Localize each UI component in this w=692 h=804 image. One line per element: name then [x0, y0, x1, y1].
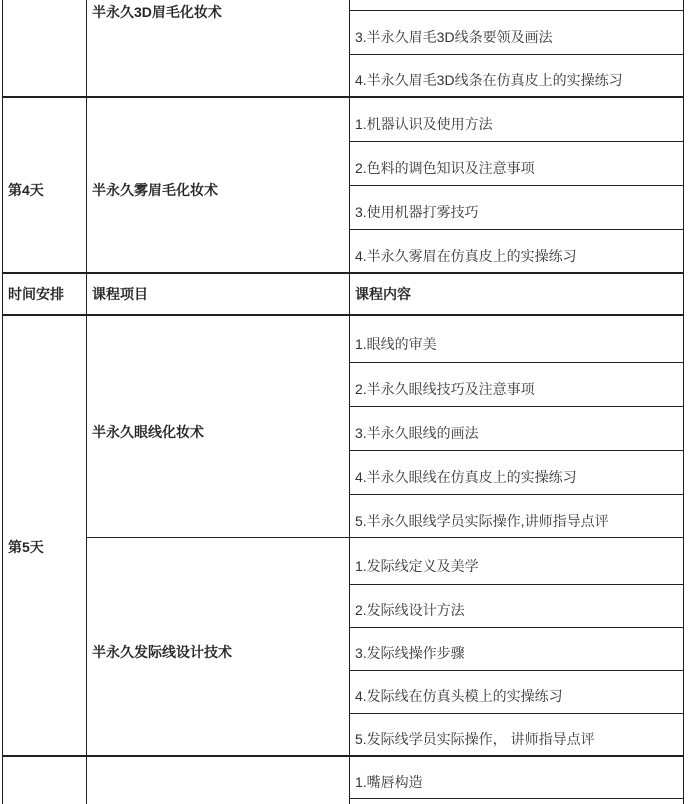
header-cell-content: 课程内容	[350, 273, 683, 315]
grid-line-section-separator	[86, 537, 684, 538]
content-cell: 2.半永久眼线技巧及注意事项	[350, 362, 683, 406]
grid-line	[349, 584, 684, 585]
header-cell-project: 课程项目	[87, 273, 349, 315]
grid-line	[349, 362, 684, 363]
project-cell-3d-brow: 半永久3D眉毛化妆术	[87, 0, 349, 97]
content-cell: 4.半永久眉毛3D线条在仿真皮上的实操练习	[350, 54, 683, 97]
grid-line-block-separator	[2, 755, 684, 757]
content-cell-empty-partial	[350, 0, 683, 10]
grid-line	[349, 54, 684, 55]
grid-line	[349, 627, 684, 628]
content-cell: 1.机器认识及使用方法	[350, 97, 683, 141]
content-cell: 5.发际线学员实际操作， 讲师指导点评	[350, 713, 683, 756]
content-cell-empty-partial	[350, 799, 683, 804]
project-cell-next	[87, 756, 349, 804]
content-cell: 5.半永久眼线学员实际操作,讲师指导点评	[350, 494, 683, 538]
grid-line	[349, 450, 684, 451]
grid-line	[349, 406, 684, 407]
grid-line	[349, 229, 684, 230]
content-cell: 1.眼线的审美	[350, 316, 683, 362]
content-cell: 2.色料的调色知识及注意事项	[350, 141, 683, 185]
grid-line-vertical-col2	[349, 0, 350, 804]
grid-line-block-separator	[2, 314, 684, 316]
header-cell-time: 时间安排	[3, 273, 86, 315]
content-cell: 3.发际线操作步骤	[350, 627, 683, 670]
project-cell-fog-brow: 半永久雾眉毛化妆术	[87, 97, 349, 273]
content-cell: 3.使用机器打雾技巧	[350, 185, 683, 229]
day-cell-prev	[3, 0, 86, 97]
day-cell-day5: 第5天	[3, 316, 86, 756]
content-cell: 3.半永久眉毛3D线条要领及画法	[350, 10, 683, 54]
day-cell-day4: 第4天	[3, 97, 86, 273]
grid-line	[349, 713, 684, 714]
grid-line	[349, 798, 684, 799]
content-cell: 4.发际线在仿真头模上的实操练习	[350, 670, 683, 713]
content-cell: 1.发际线定义及美学	[350, 538, 683, 584]
content-cell: 4.半永久眼线在仿真皮上的实操练习	[350, 450, 683, 494]
grid-line	[349, 494, 684, 495]
grid-line	[349, 670, 684, 671]
grid-line-vertical-col1	[86, 0, 87, 804]
grid-line	[349, 10, 684, 11]
grid-line-vertical-right	[683, 0, 684, 804]
grid-line-block-separator	[2, 272, 684, 274]
project-cell-hairline: 半永久发际线设计技术	[87, 538, 349, 756]
grid-line	[349, 185, 684, 186]
content-cell: 1.嘴唇构造	[350, 756, 683, 798]
grid-line-vertical-left	[2, 0, 3, 804]
day-cell-next	[3, 756, 86, 804]
content-cell: 4.半永久雾眉在仿真皮上的实操练习	[350, 229, 683, 273]
grid-line-block-separator	[2, 96, 684, 98]
project-cell-eyeliner: 半永久眼线化妆术	[87, 316, 349, 538]
content-cell: 3.半永久眼线的画法	[350, 406, 683, 450]
content-cell: 2.发际线设计方法	[350, 584, 683, 627]
course-schedule-table: 半永久3D眉毛化妆术 3.半永久眉毛3D线条要领及画法 4.半永久眉毛3D线条在…	[0, 0, 692, 804]
grid-line	[349, 141, 684, 142]
